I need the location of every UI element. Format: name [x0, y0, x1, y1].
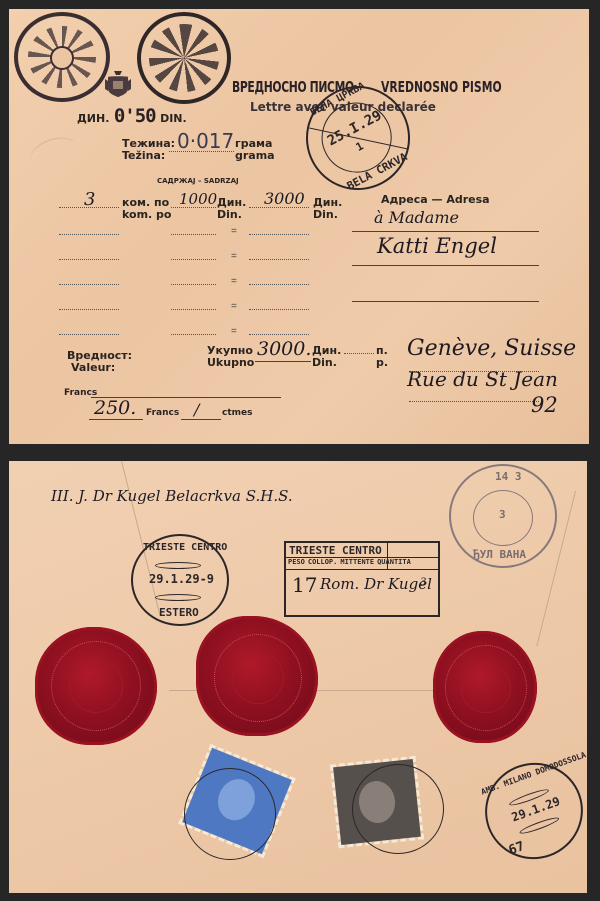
value-label-cyr: Вредност:: [67, 350, 132, 361]
blotted-cancel-left: [14, 12, 110, 102]
total-din-lat: Din.: [312, 357, 337, 368]
centimes-value: /: [194, 400, 199, 419]
address-header: Адреса — Adresa: [381, 193, 490, 206]
faint-cancel-mid: 3: [499, 508, 506, 521]
blotted-cancel-right: [137, 12, 231, 104]
trieste-box-qty: 3: [420, 577, 426, 588]
pieces-label-cyr: ком. по: [122, 197, 169, 208]
total-label-cyr: Укупно: [207, 345, 253, 356]
address-line-2: Katti Engel: [377, 234, 497, 258]
envelope-front: ДИН. 0'50 DIN. ВРЕДНОСНО ПИСМО VREDNOSNO…: [9, 9, 589, 444]
total-din-cyr: Дин.: [312, 345, 341, 356]
wax-seal-right: [433, 631, 537, 743]
din2-cyr: Дин.: [313, 197, 342, 208]
din-lat: Din.: [217, 209, 242, 220]
postage-suffix: DIN.: [160, 112, 187, 125]
francs-word: Francs: [146, 408, 179, 418]
din2-lat: Din.: [313, 209, 338, 220]
milano-domodossola-cancel: AMB. MILANO DOMODOSSOLA 29.1.29 67: [472, 749, 597, 873]
trieste-cancel-bottom: ESTERO: [159, 606, 199, 619]
trieste-box-name: Rom. Dr Kugel: [320, 575, 432, 593]
address-line-6: 92: [531, 393, 558, 417]
centimes-word: ctmes: [222, 408, 252, 418]
postage-prefix: ДИН.: [77, 112, 109, 125]
trieste-box-weight: 17: [292, 573, 317, 597]
stamp-cancel-left: [184, 768, 276, 860]
title-latin: VREDNOSNO PISMO: [381, 78, 502, 96]
total-value: 3000.: [257, 338, 311, 360]
contents-total: 3000: [264, 189, 305, 208]
din-cyr: Дин.: [217, 197, 246, 208]
milano-cancel-num: 67: [507, 839, 527, 858]
address-line-5: Rue du St Jean: [407, 367, 558, 391]
weight-label-cyr: Тежина:: [122, 138, 175, 149]
trieste-box-title: TRIESTE CENTRO: [289, 544, 382, 557]
trieste-box-column: PESO: [288, 558, 305, 566]
francs-value: 250.: [94, 397, 136, 419]
weight-value: 0·017: [177, 129, 234, 153]
faint-cancel-top: 14 3: [495, 470, 522, 483]
trieste-cancel-top: TRIESTE CENTRO: [143, 542, 227, 553]
trieste-registration-box: TRIESTE CENTRO PESOCOLLOP.MITTENTEQUANTI…: [284, 541, 440, 617]
address-line-4: Genève, Suisse: [407, 336, 576, 361]
trieste-cancel: TRIESTE CENTRO 29.1.29-9 ESTERO: [131, 534, 229, 626]
wax-seal-middle: [196, 616, 318, 736]
stamp-cancel-right: [352, 764, 444, 854]
contents-unit-value: 1000: [179, 190, 217, 208]
milano-cancel-top: AMB. MILANO DOMODOSSOLA: [480, 750, 587, 796]
weight-unit-cyr: грама: [235, 138, 272, 149]
envelope-back: III. J. Dr Kugel Belacrkva S.H.S. 14 3 3…: [9, 461, 587, 893]
postage-value: 0'50: [114, 105, 156, 127]
total-p-lat: p.: [376, 357, 388, 368]
postage-indicium: ДИН. 0'50 DIN.: [77, 105, 187, 127]
faint-cancel-bottom: ЂУЛ ВАНА: [473, 548, 526, 561]
pieces-label-lat: kom. po: [122, 209, 171, 220]
value-label-lat: Valeur:: [71, 362, 115, 373]
pencil-mark: [25, 131, 83, 177]
wax-seal-left: [35, 627, 157, 745]
coat-of-arms-icon: [104, 69, 132, 99]
trieste-box-column: MITTENTE: [340, 558, 374, 566]
weight-unit-lat: grama: [235, 150, 275, 161]
trieste-cancel-date: 29.1.29-9: [149, 572, 214, 586]
sender-address: III. J. Dr Kugel Belacrkva S.H.S.: [51, 487, 293, 505]
trieste-box-columns: PESOCOLLOP.MITTENTEQUANTITA: [288, 558, 411, 566]
weight-label-lat: Težina:: [122, 150, 165, 161]
trieste-box-column: QUANTITA: [377, 558, 411, 566]
faint-cancel: 14 3 3 ЂУЛ ВАНА: [449, 464, 557, 568]
total-p-cyr: п.: [376, 345, 388, 356]
contents-header: САДРЖАЈ – SADRZAJ: [157, 177, 239, 185]
trieste-box-column: COLLOP.: [308, 558, 338, 566]
address-line-1: à Madame: [374, 208, 459, 227]
total-label-lat: Ukupno: [207, 357, 254, 368]
